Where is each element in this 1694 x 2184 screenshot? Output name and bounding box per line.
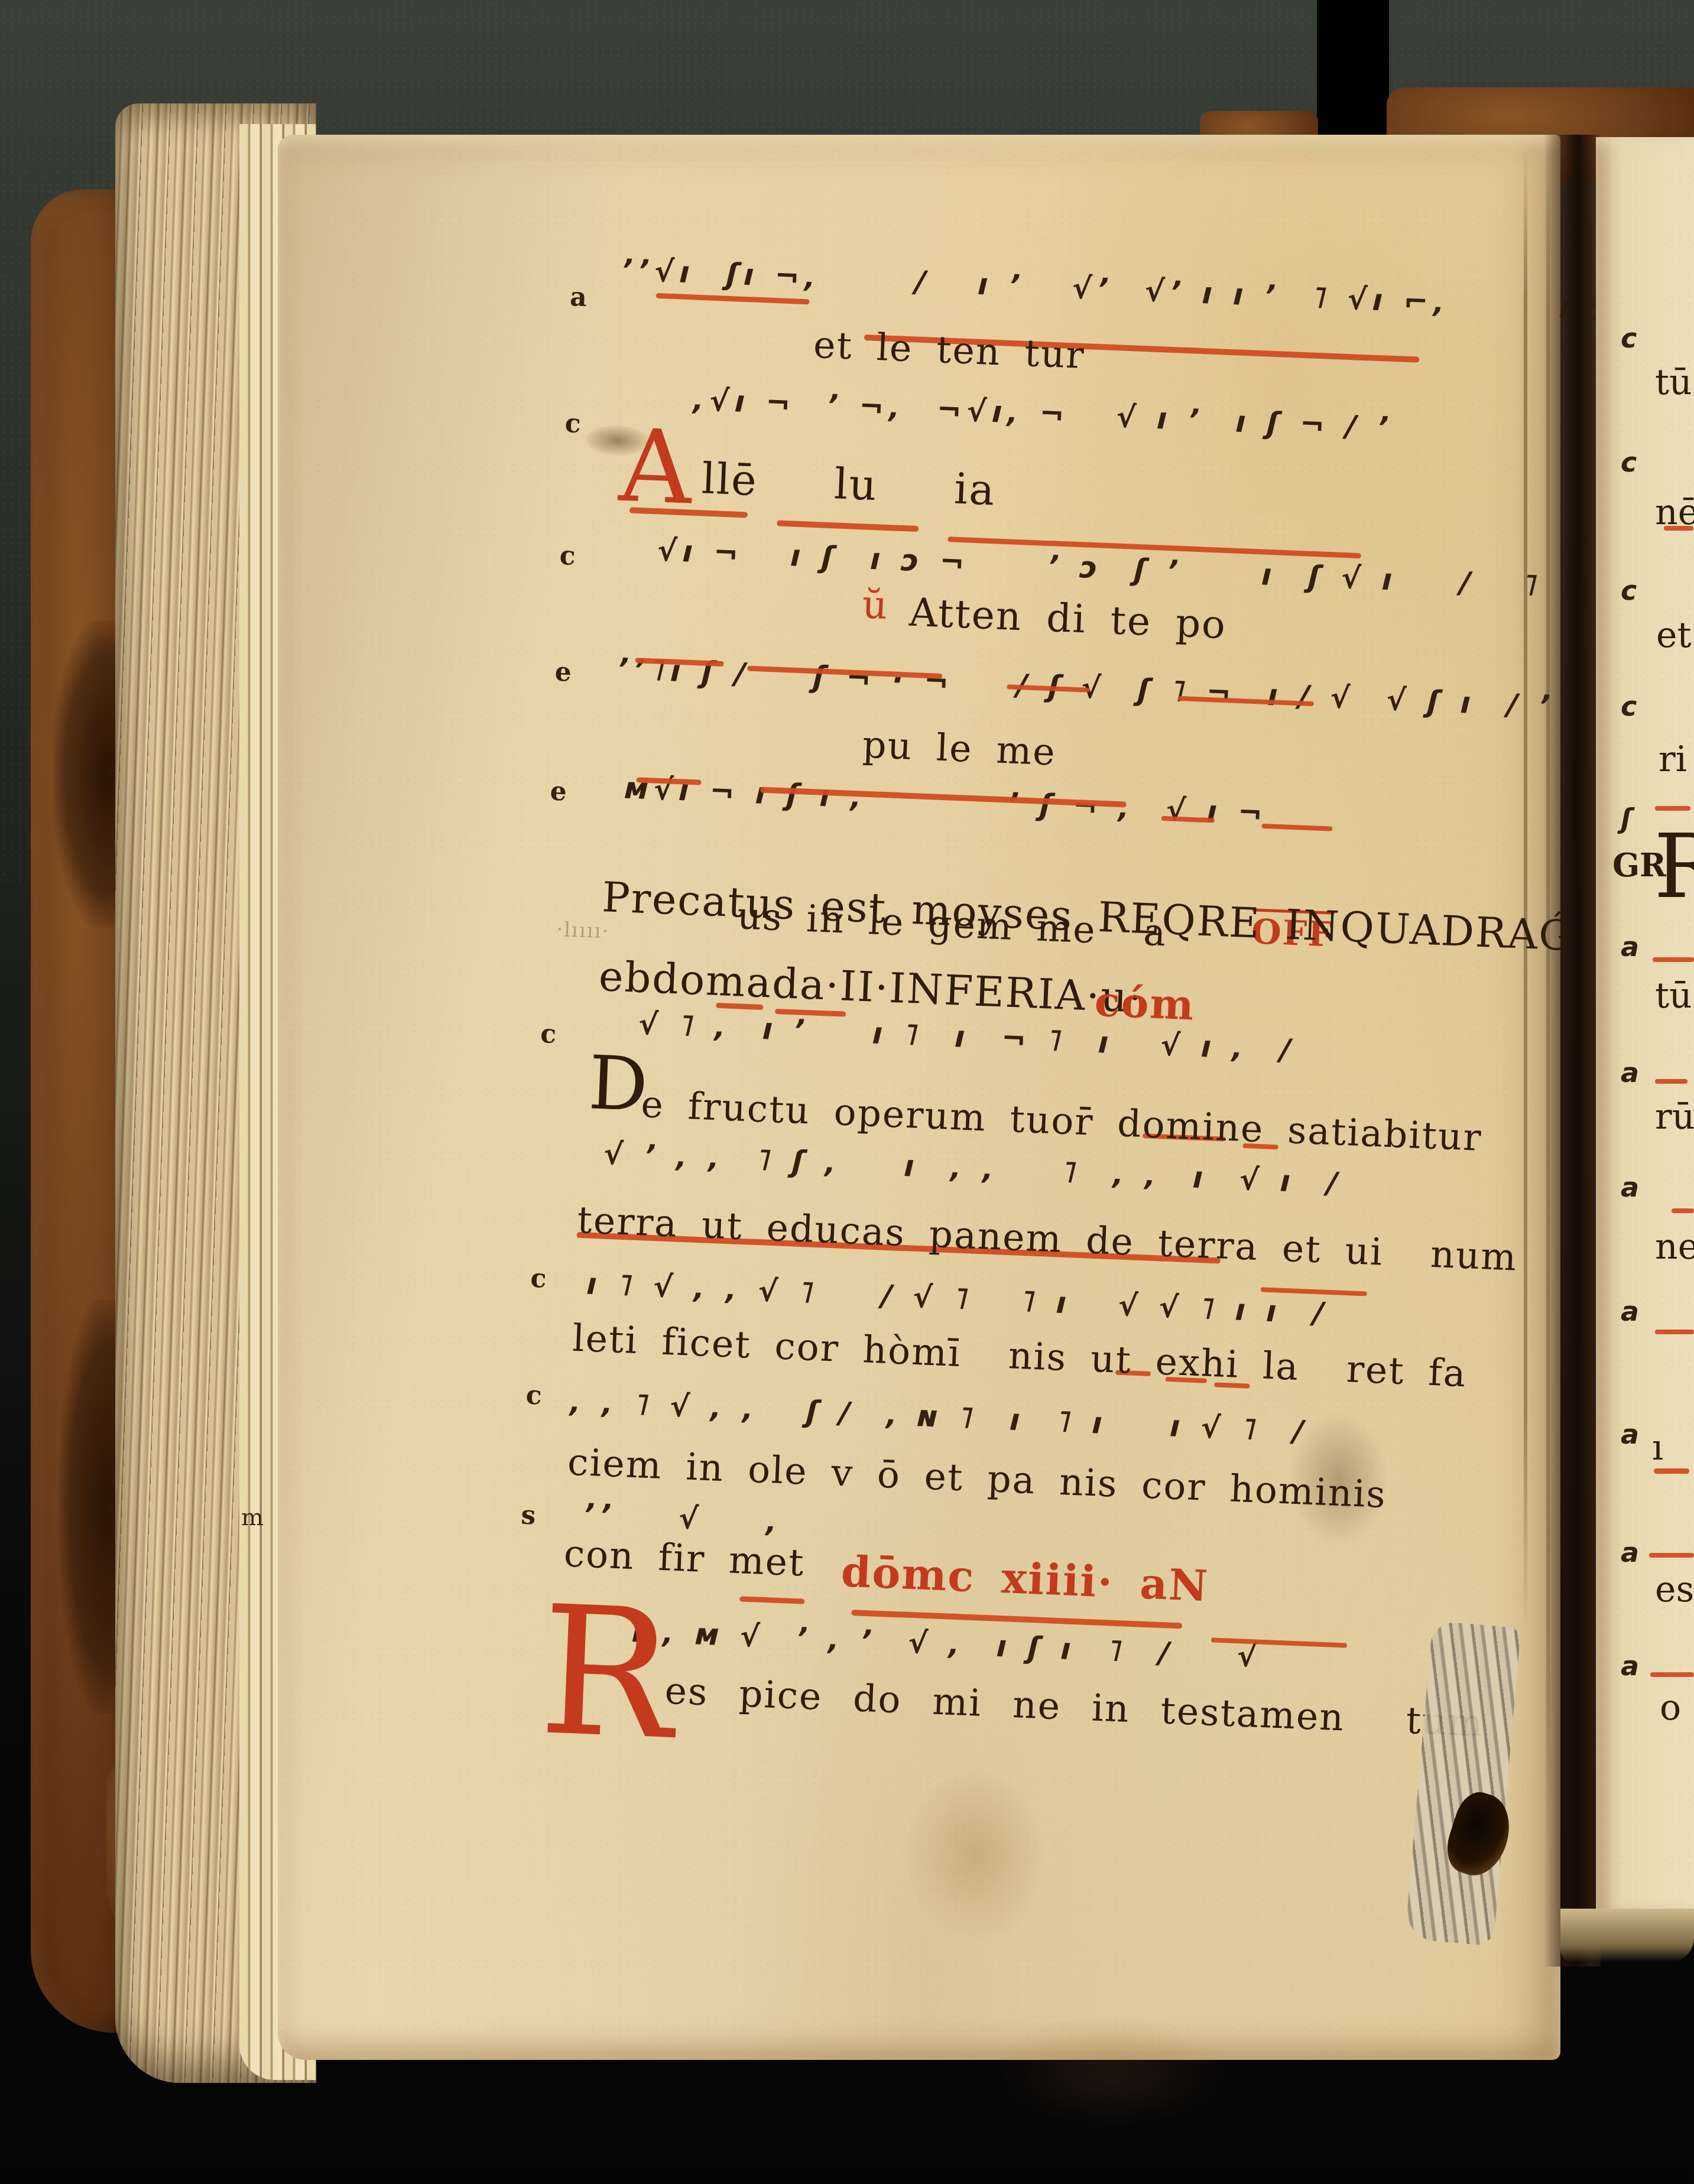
text-fragment: rū: [1655, 1096, 1694, 1137]
clef-letter: a: [1621, 1171, 1639, 1203]
chant-text-line: terra ut educas panem de terra et ui num: [576, 1198, 1518, 1279]
staff-line-stub: [1672, 1208, 1694, 1213]
clef-letter: a: [1621, 1536, 1639, 1568]
clef-letter: e: [550, 776, 567, 807]
clef-letter: a: [1621, 1418, 1639, 1450]
manuscript-text-block: a c c e e c c c s ʼʼ√ı ʃı ¬‚ ∕ ı ʼ √ʼ √ʼ…: [200, 135, 1559, 2110]
clef-letter: c: [1621, 574, 1637, 606]
chant-text-line: es pice do mi ne in testamen tum: [664, 1669, 1484, 1745]
neume-line: ‚√ı ¬ ʼ ¬‚ ¬√ı‚ ¬ √ ı ʼ ı ʃ ¬ ∕ ʼ: [692, 383, 1394, 446]
clef-letter: e: [554, 657, 572, 688]
staff-line: [777, 520, 919, 532]
dominica-rubric: dōmc xiiii· aN: [840, 1546, 1210, 1611]
clef-letter: a: [569, 282, 588, 313]
neume-line: ʼʼ√ı ʃı ¬‚ ∕ ı ʼ √ʼ √ʼ ı ı ʼ ˥ √ı ⌐‚ ı ɔ…: [621, 253, 1660, 329]
staff-line-stub: [1649, 1553, 1694, 1558]
staff-line-stub: [1655, 1079, 1687, 1084]
staff-line-stub: [1654, 1468, 1689, 1474]
staff-line-stub: [1655, 1330, 1694, 1334]
communio-rubric: cóm: [1094, 977, 1196, 1030]
clef-letter: c: [530, 1263, 547, 1294]
manuscript-photo: { "colors": { "background_dark": "#1d201…: [0, 0, 1694, 2184]
neume-line: ᴍ√ı ¬ ı ʃ ı ‚ ʼ ʃ ¬ ‚ √ ı ¬: [624, 771, 1268, 831]
parchment-grain: [1596, 137, 1694, 1916]
staff-line-stub: [1664, 526, 1693, 531]
staff-line: [739, 1596, 804, 1604]
clef-letter: c: [564, 408, 582, 439]
chant-text-line: et le ten tur: [813, 323, 1086, 377]
text-fragment: tū: [1655, 975, 1692, 1016]
clef-letter: c: [1621, 690, 1637, 722]
text-fragment: et: [1656, 615, 1692, 656]
staff-line: [655, 293, 809, 304]
clef-letter: a: [1621, 931, 1639, 963]
clef-letter: c: [1621, 446, 1637, 478]
clef-letter: c: [525, 1380, 543, 1411]
versus-mark: ŭ: [861, 581, 890, 628]
clef-letter: c: [559, 541, 576, 571]
defructu-initial: D: [588, 1046, 650, 1122]
respice-initial: R: [537, 1582, 677, 1765]
gutter-shadow: [1544, 135, 1601, 1967]
chant-text-line: llē lu ia: [701, 453, 997, 515]
right-page-parchment: [1596, 137, 1694, 1916]
neume-line: √ ˥ ‚ ı ʼ ı ˥ ı ¬ ˥ ı √ ı ‚ ∕: [638, 1007, 1297, 1068]
staff-line-stub: [1653, 957, 1694, 962]
staff-line-stub: [1650, 1672, 1694, 1677]
chant-text-line: Atten di te po: [908, 590, 1228, 648]
clef-letter: a: [1621, 1650, 1639, 1682]
text-fragment: ı: [1652, 1427, 1663, 1468]
text-fragment: ne: [1655, 1226, 1694, 1267]
clef-letter: a: [1621, 1295, 1639, 1327]
quire-mark: ·lıııı·: [556, 918, 611, 944]
chant-text-line: leti ficet cor hòmī nis ut exhi la ret f…: [572, 1317, 1468, 1396]
staff-line: [1261, 824, 1332, 831]
text-fragment: R: [1654, 815, 1694, 918]
text-fragment: ri: [1659, 739, 1687, 780]
staff-line-stub: [1655, 806, 1690, 811]
text-fragment: es: [1655, 1569, 1694, 1610]
alleluia-initial: A: [618, 416, 695, 519]
neume-line: ‚ ‚ ˥ √ ‚ ‚ ʃ ∕ ‚ ɴ ˥ ı ˥ ı ı √ ˥ ∕: [569, 1385, 1309, 1449]
clef-letter: c: [1621, 322, 1637, 354]
right-page-bottom-edge: [1560, 1909, 1694, 1962]
neume-line: ʼʼ √ ‚: [583, 1497, 784, 1540]
clef-letter: c: [540, 1019, 557, 1049]
clef-letter: a: [1621, 1057, 1639, 1088]
chant-text-line: pu le me: [862, 723, 1057, 774]
clef-letter: ʃ: [1621, 802, 1632, 834]
text-fragment: o: [1660, 1687, 1681, 1728]
text-fragment: tū: [1655, 362, 1692, 403]
clef-letter: s: [521, 1500, 537, 1530]
